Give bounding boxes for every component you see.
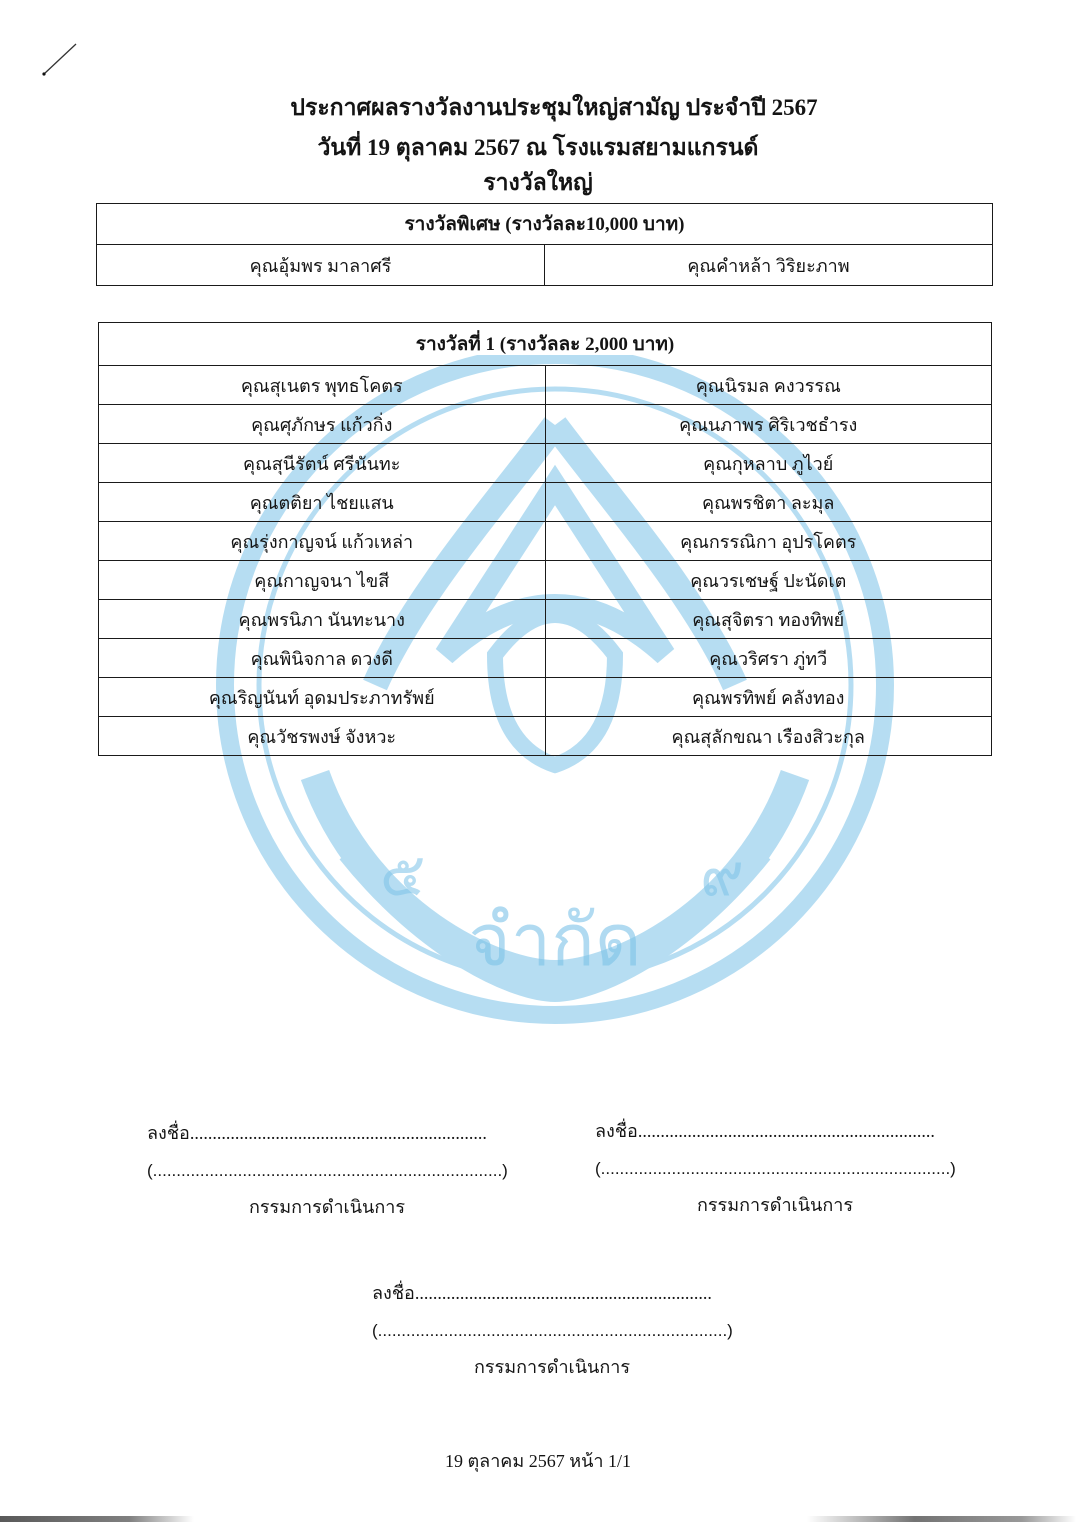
section-title: รางวัลใหญ่ xyxy=(0,168,1076,198)
winner-name: คุณกุหลาบ ภูไวย์ xyxy=(545,444,992,483)
winner-name: คุณอุ้มพร มาลาศรี xyxy=(97,245,545,286)
signatory-role: กรรมการดำเนินการ xyxy=(595,1190,955,1219)
winner-row: คุณริญนันท์ อุดมประภาทรัพย์คุณพรทิพย์ คล… xyxy=(99,678,992,717)
scan-edge-shadow xyxy=(0,1516,1076,1522)
winner-name: คุณสุลักขณา เรืองสิวะกุล xyxy=(545,717,992,756)
printed-name-line: (.......................................… xyxy=(595,1150,955,1188)
winner-name: คุณสุเนตร พุทธโคตร xyxy=(99,366,546,405)
winner-row: คุณศุภักษร แก้วกิ่งคุณนภาพร ศิริเวชธำรง xyxy=(99,405,992,444)
winner-name: คุณสุนีรัตน์ ศรีนันทะ xyxy=(99,444,546,483)
winner-name: คุณกาญจนา ไขสี xyxy=(99,561,546,600)
winner-row: คุณกาญจนา ไขสีคุณวรเชษฐ์ ปะนัดเต xyxy=(99,561,992,600)
printed-name-line: (.......................................… xyxy=(147,1152,507,1190)
signature-line: ลงชื่อ..................................… xyxy=(147,1114,507,1152)
winner-name: คุณวรเชษฐ์ ปะนัดเต xyxy=(545,561,992,600)
special-prize-table: รางวัลพิเศษ (รางวัลละ10,000 บาท) คุณอุ้ม… xyxy=(96,203,993,286)
signatory-role: กรรมการดำเนินการ xyxy=(147,1192,507,1221)
winner-row: คุณสุนีรัตน์ ศรีนันทะคุณกุหลาบ ภูไวย์ xyxy=(99,444,992,483)
winner-name: คุณตติยา ไชยแสน xyxy=(99,483,546,522)
winner-row: คุณอุ้มพร มาลาศรีคุณคำหล้า วิริยะภาพ xyxy=(97,245,993,286)
signatory-role: กรรมการดำเนินการ xyxy=(372,1352,732,1381)
winner-name: คุณพรทิพย์ คลังทอง xyxy=(545,678,992,717)
winner-name: คุณสุจิตรา ทองทิพย์ xyxy=(545,600,992,639)
first-prize-heading: รางวัลที่ 1 (รางวัลละ 2,000 บาท) xyxy=(99,323,992,366)
winner-name: คุณคำหล้า วิริยะภาพ xyxy=(545,245,993,286)
winner-row: คุณรุ่งกาญจน์ แก้วเหล่าคุณกรรณิกา อุปรโค… xyxy=(99,522,992,561)
winner-name: คุณพินิจกาล ดวงดี xyxy=(99,639,546,678)
winner-name: คุณวริศรา ภู่ทวี xyxy=(545,639,992,678)
signature-block-3: ลงชื่อ..................................… xyxy=(372,1274,732,1381)
signature-line: ลงชื่อ..................................… xyxy=(595,1112,955,1150)
winner-row: คุณตติยา ไชยแสนคุณพรชิตา ละมุล xyxy=(99,483,992,522)
winner-name: คุณนภาพร ศิริเวชธำรง xyxy=(545,405,992,444)
winner-name: คุณกรรณิกา อุปรโคตร xyxy=(545,522,992,561)
winner-row: คุณพรนิภา นันทะนางคุณสุจิตรา ทองทิพย์ xyxy=(99,600,992,639)
winner-name: คุณพรนิภา นันทะนาง xyxy=(99,600,546,639)
special-prize-heading: รางวัลพิเศษ (รางวัลละ10,000 บาท) xyxy=(97,204,993,245)
event-date-venue: วันที่ 19 ตุลาคม 2567 ณ โรงแรมสยามแกรนด์ xyxy=(0,128,1076,168)
signature-block-1: ลงชื่อ..................................… xyxy=(147,1114,507,1221)
announcement-header: ประกาศผลรางวัลงานประชุมใหญ่สามัญ ประจำปี… xyxy=(0,88,1076,198)
winner-name: คุณพรชิตา ละมุล xyxy=(545,483,992,522)
winner-name: คุณวัชรพงษ์ จังหวะ xyxy=(99,717,546,756)
document-page: จำกัด ๕ ๙ ประกาศผลรางวัลงานประชุมใหญ่สาม… xyxy=(0,0,1076,1522)
winner-name: คุณนิรมล คงวรรณ xyxy=(545,366,992,405)
signature-line: ลงชื่อ..................................… xyxy=(372,1274,732,1312)
page-footer: 19 ตุลาคม 2567 หน้า 1/1 xyxy=(0,1446,1076,1475)
winner-row: คุณวัชรพงษ์ จังหวะคุณสุลักขณา เรืองสิวะก… xyxy=(99,717,992,756)
winner-row: คุณสุเนตร พุทธโคตรคุณนิรมล คงวรรณ xyxy=(99,366,992,405)
svg-text:๙: ๙ xyxy=(700,840,744,910)
announcement-title: ประกาศผลรางวัลงานประชุมใหญ่สามัญ ประจำปี… xyxy=(32,88,1076,128)
winner-name: คุณศุภักษร แก้วกิ่ง xyxy=(99,405,546,444)
svg-text:๕: ๕ xyxy=(380,840,425,910)
winner-row: คุณพินิจกาล ดวงดีคุณวริศรา ภู่ทวี xyxy=(99,639,992,678)
signature-block-2: ลงชื่อ..................................… xyxy=(595,1112,955,1219)
printed-name-line: (.......................................… xyxy=(372,1312,732,1350)
first-prize-table: รางวัลที่ 1 (รางวัลละ 2,000 บาท) คุณสุเน… xyxy=(98,322,992,756)
svg-text:จำกัด: จำกัด xyxy=(469,898,642,982)
winner-name: คุณรุ่งกาญจน์ แก้วเหล่า xyxy=(99,522,546,561)
pen-stroke-artifact xyxy=(42,42,78,76)
winner-name: คุณริญนันท์ อุดมประภาทรัพย์ xyxy=(99,678,546,717)
